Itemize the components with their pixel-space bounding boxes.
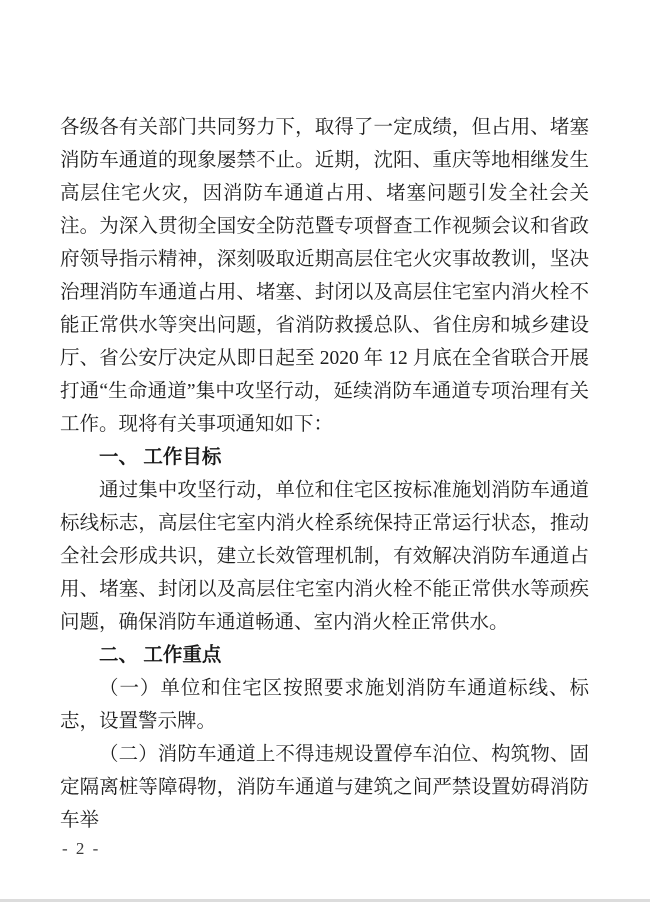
section-heading-work-priorities: 二、 工作重点 xyxy=(60,639,589,672)
paragraph-item-1: （一）单位和住宅区按照要求施划消防车通道标线、标志，设置警示牌。 xyxy=(60,672,589,738)
document-page: 各级各有关部门共同努力下，取得了一定成绩，但占用、堵塞消防车通道的现象屡禁不止。… xyxy=(0,0,650,902)
document-body: 各级各有关部门共同努力下，取得了一定成绩，但占用、堵塞消防车通道的现象屡禁不止。… xyxy=(60,111,589,837)
paragraph-item-2: （二）消防车通道上不得违规设置停车泊位、构筑物、固定隔离桩等障碍物，消防车通道与… xyxy=(60,738,589,837)
paragraph-continuation: 各级各有关部门共同努力下，取得了一定成绩，但占用、堵塞消防车通道的现象屡禁不止。… xyxy=(60,111,589,441)
section-heading-work-goals: 一、 工作目标 xyxy=(60,441,589,474)
paragraph-work-goals: 通过集中攻坚行动，单位和住宅区按标准施划消防车通道标线标志，高层住宅室内消火栓系… xyxy=(60,474,589,639)
page-number: - 2 - xyxy=(62,839,100,859)
